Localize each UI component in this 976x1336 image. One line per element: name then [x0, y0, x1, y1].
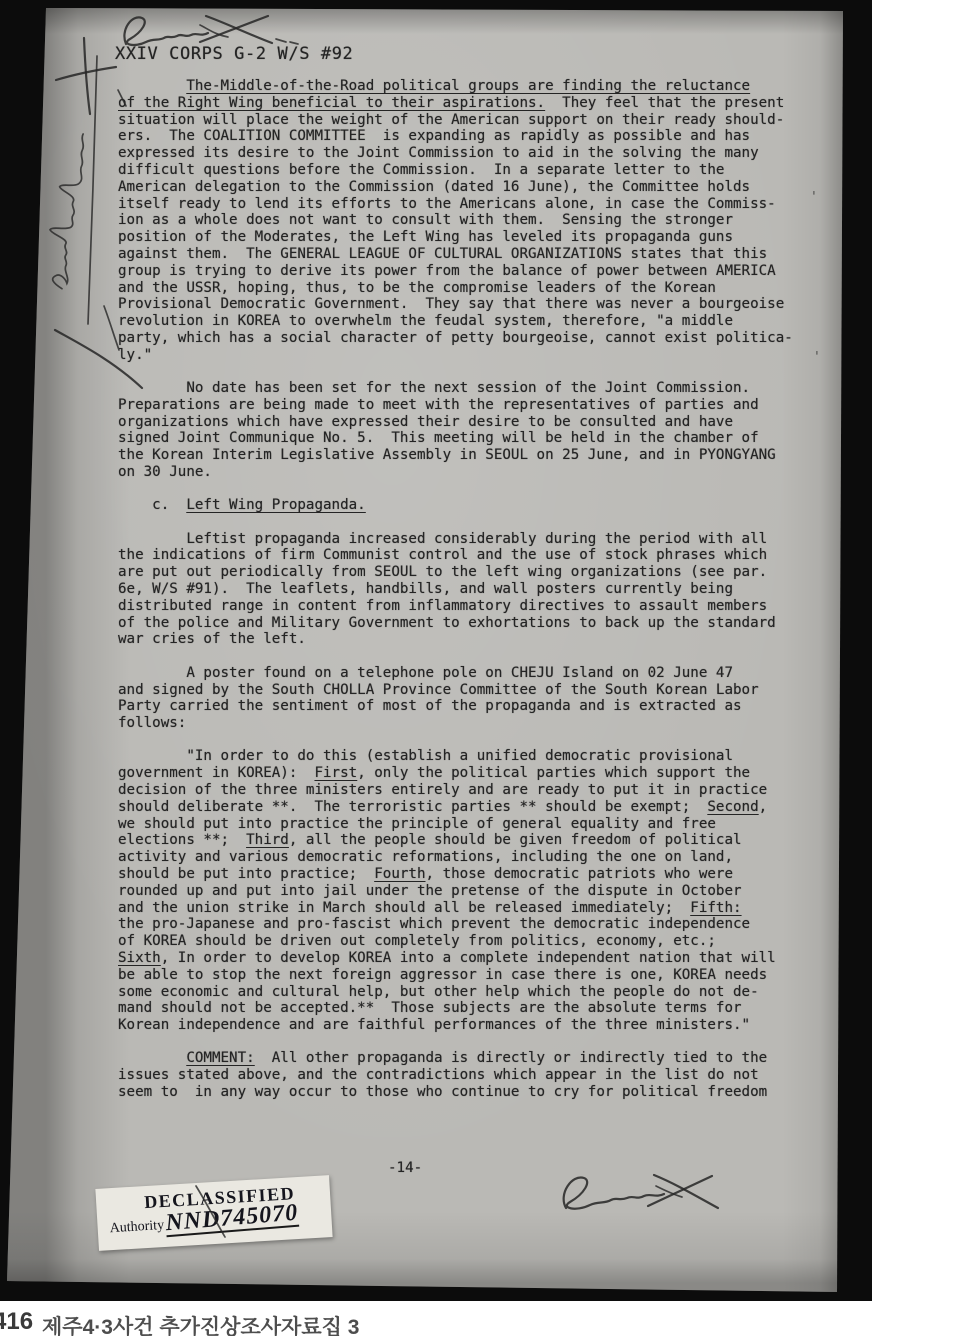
text-line: should be put into practice; Fourth, tho… [118, 866, 818, 883]
text-line: on 30 June. [118, 464, 818, 481]
text-line: position of the Moderates, the Left Wing… [118, 229, 818, 246]
text-line: against them. The GENERAL LEAGUE OF CULT… [118, 246, 818, 263]
book-title: 제주4·3사건 추가진상조사자료집 3 [42, 1311, 359, 1336]
heading-left-wing-propaganda: c. Left Wing Propaganda. [118, 497, 818, 514]
text-line: organizations which have expressed their… [118, 414, 818, 431]
text-line: decision of the three ministers entirely… [118, 782, 818, 799]
text-line: Leftist propaganda increased considerabl… [118, 531, 818, 548]
text-line: are put out periodically from SEOUL to t… [118, 564, 818, 581]
text-line: The-Middle-of-the-Road political groups … [118, 78, 818, 95]
text-line: "In order to do this (establish a unifie… [118, 748, 818, 765]
text-line: be able to stop the next foreign aggress… [118, 967, 818, 984]
text-line: 6e, W/S #91). The leaflets, handbills, a… [118, 581, 818, 598]
text-line: rounded up and put into jail under the p… [118, 883, 818, 900]
text-line: the Korean Interim Legislative Assembly … [118, 447, 818, 464]
text-line: group is trying to derive its power from… [118, 263, 818, 280]
text-line: ion as a whole does not want to consult … [118, 212, 818, 229]
document-header: XXIV CORPS G-2 W/S #92 [115, 44, 353, 64]
text-line: should deliberate **. The terroristic pa… [118, 799, 818, 816]
text-line: COMMENT: All other propaganda is directl… [118, 1050, 818, 1067]
text-line: Sixth, In order to develop KOREA into a … [118, 950, 818, 967]
page-number: -14- [388, 1160, 422, 1176]
text-line: activity and various democratic reformat… [118, 849, 818, 866]
text-line: the pro-Japanese and pro-fascist which p… [118, 916, 818, 933]
text-line: c. Left Wing Propaganda. [118, 497, 818, 514]
para-cheju-poster: A poster found on a telephone pole on CH… [118, 665, 818, 732]
text-line: of the Right Wing beneficial to their as… [118, 95, 818, 112]
para-poster-quote: "In order to do this (establish a unifie… [118, 748, 818, 1034]
text-line: A poster found on a telephone pole on CH… [118, 665, 818, 682]
text-line: of the police and Military Government to… [118, 615, 818, 632]
text-line: expressed its desire to the Joint Commis… [118, 145, 818, 162]
book-page-number: 416 [0, 1308, 33, 1336]
text-line: Provisional Democratic Government. They … [118, 296, 818, 313]
text-line: Korean independence and are faithful per… [118, 1017, 818, 1034]
text-line: Party carried the sentiment of most of t… [118, 698, 818, 715]
text-line: we should put into practice the principl… [118, 816, 818, 833]
para-leftist-propaganda: Leftist propaganda increased considerabl… [118, 531, 818, 649]
book-caption: 416 제주4·3사건 추가진상조사자료집 3 [0, 1308, 976, 1336]
text-line: and the union strike in March should all… [118, 900, 818, 917]
text-line: situation will place the weight of the A… [118, 112, 818, 129]
scanned-book-page: { "document": { "header": "XXIV CORPS G-… [0, 0, 976, 1336]
text-line: ly." [118, 347, 818, 364]
text-line: seem to in any way occur to those who co… [118, 1084, 818, 1101]
stray-ink-mark: ' [810, 190, 818, 205]
text-line: party, which has a social character of p… [118, 330, 818, 347]
text-line: revolution in KOREA to overwhelm the feu… [118, 313, 818, 330]
stamp-authority-label: Authority [109, 1218, 164, 1236]
text-line: the indications of firm Communist contro… [118, 547, 818, 564]
para-middle-of-the-road: The-Middle-of-the-Road political groups … [118, 78, 818, 364]
scanned-document-photo: XXIV CORPS G-2 W/S #92 The-Middle-of-the… [0, 0, 872, 1301]
stray-ink-mark: ' [813, 350, 821, 365]
text-line: ers. The COALITION COMMITTEE is expandin… [118, 128, 818, 145]
para-comment: COMMENT: All other propaganda is directl… [118, 1050, 818, 1100]
para-joint-commission: No date has been set for the next sessio… [118, 380, 818, 481]
text-line: of KOREA should be driven out completely… [118, 933, 818, 950]
text-line: and signed by the South CHOLLA Province … [118, 682, 818, 699]
text-line: American delegation to the Commission (d… [118, 179, 818, 196]
text-line: Preparations are being made to meet with… [118, 397, 818, 414]
text-line: some economic and cultural help, but oth… [118, 984, 818, 1001]
document-text-body: The-Middle-of-the-Road political groups … [118, 78, 818, 1117]
text-line: mand should not be accepted.** Those sub… [118, 1000, 818, 1017]
text-line: follows: [118, 715, 818, 732]
text-line: distributed range in content from inflam… [118, 598, 818, 615]
text-line: difficult questions before the Commissio… [118, 162, 818, 179]
text-line: itself ready to lend its efforts to the … [118, 196, 818, 213]
text-line: government in KOREA): First, only the po… [118, 765, 818, 782]
text-line: No date has been set for the next sessio… [118, 380, 818, 397]
text-line: elections **; Third, all the people shou… [118, 832, 818, 849]
text-line: signed Joint Communique No. 5. This meet… [118, 430, 818, 447]
text-line: issues stated above, and the contradicti… [118, 1067, 818, 1084]
text-line: and the USSR, hoping, thus, to be the co… [118, 280, 818, 297]
text-line: war cries of the left. [118, 631, 818, 648]
